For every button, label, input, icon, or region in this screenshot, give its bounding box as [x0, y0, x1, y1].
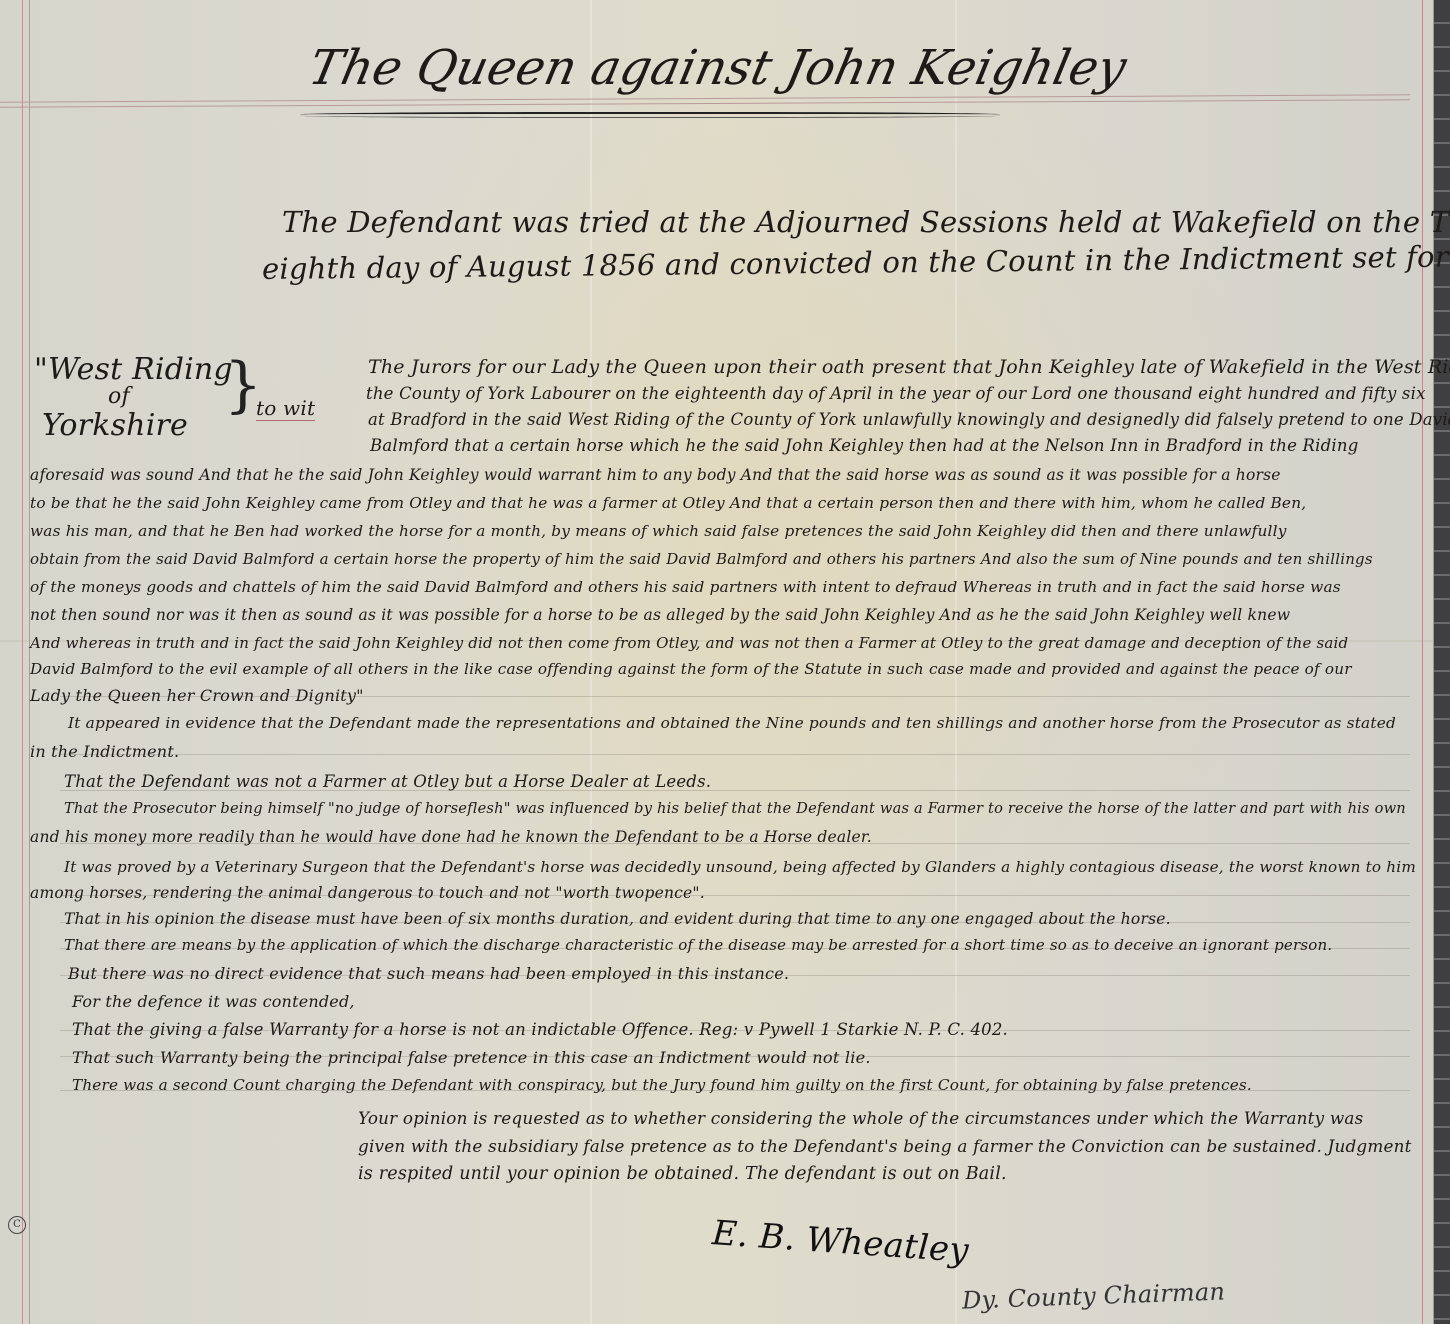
- evidence-line: That the Prosecutor being himself "no ju…: [64, 800, 1406, 817]
- document-title: The Queen against John Keighley: [304, 40, 1131, 96]
- evidence-line: That such Warranty being the principal f…: [72, 1048, 871, 1067]
- indictment-line: The Jurors for our Lady the Queen upon t…: [368, 356, 1450, 378]
- indictment-line: of the moneys goods and chattels of him …: [30, 578, 1341, 596]
- evidence-line: There was a second Count charging the De…: [72, 1076, 1252, 1094]
- margin-mark: C: [8, 1216, 26, 1234]
- title-underline: [300, 112, 1000, 118]
- evidence-line: among horses, rendering the animal dange…: [30, 884, 705, 902]
- intro-line-1: The Defendant was tried at the Adjourned…: [282, 205, 1450, 239]
- indictment-line: aforesaid was sound And that he the said…: [30, 466, 1281, 484]
- indictment-line: And whereas in truth and in fact the sai…: [30, 634, 1348, 652]
- evidence-line: That in his opinion the disease must hav…: [64, 910, 1171, 928]
- indictment-line: Balmford that a certain horse which he t…: [370, 436, 1358, 455]
- indictment-line: at Bradford in the said West Riding of t…: [368, 410, 1450, 429]
- indictment-line: obtain from the said David Balmford a ce…: [30, 550, 1373, 568]
- evidence-line: That the giving a false Warranty for a h…: [72, 1020, 1008, 1039]
- indictment-line: to be that he the said John Keighley cam…: [30, 494, 1306, 512]
- indictment-line: the County of York Labourer on the eight…: [366, 384, 1426, 403]
- venue-yorkshire: Yorkshire: [42, 408, 188, 443]
- evidence-line: in the Indictment.: [30, 742, 179, 761]
- evidence-line: For the defence it was contended,: [72, 992, 355, 1011]
- opinion-line: is respited until your opinion be obtain…: [358, 1164, 1007, 1184]
- indictment-line: not then sound nor was it then as sound …: [30, 606, 1290, 624]
- evidence-line: and his money more readily than he would…: [30, 828, 872, 846]
- indictment-line: Lady the Queen her Crown and Dignity": [30, 686, 364, 705]
- right-margin-rule: [1422, 0, 1434, 1324]
- margin-rule-left: [22, 0, 23, 1324]
- indictment-line: David Balmford to the evil example of al…: [30, 660, 1352, 678]
- venue-west-riding: "West Riding: [34, 352, 233, 387]
- background-edge: [1434, 0, 1450, 1324]
- opinion-line: Your opinion is requested as to whether …: [358, 1108, 1363, 1128]
- evidence-line: It appeared in evidence that the Defenda…: [68, 714, 1396, 732]
- evidence-line: That there are means by the application …: [64, 936, 1332, 954]
- to-wit: to wit: [256, 396, 315, 421]
- venue-of: of: [108, 384, 130, 409]
- evidence-line: It was proved by a Veterinary Surgeon th…: [64, 858, 1416, 876]
- indictment-line: was his man, and that he Ben had worked …: [30, 522, 1287, 540]
- evidence-line: But there was no direct evidence that su…: [68, 964, 789, 983]
- opinion-line: given with the subsidiary false pretence…: [358, 1136, 1412, 1156]
- evidence-line: That the Defendant was not a Farmer at O…: [64, 772, 711, 791]
